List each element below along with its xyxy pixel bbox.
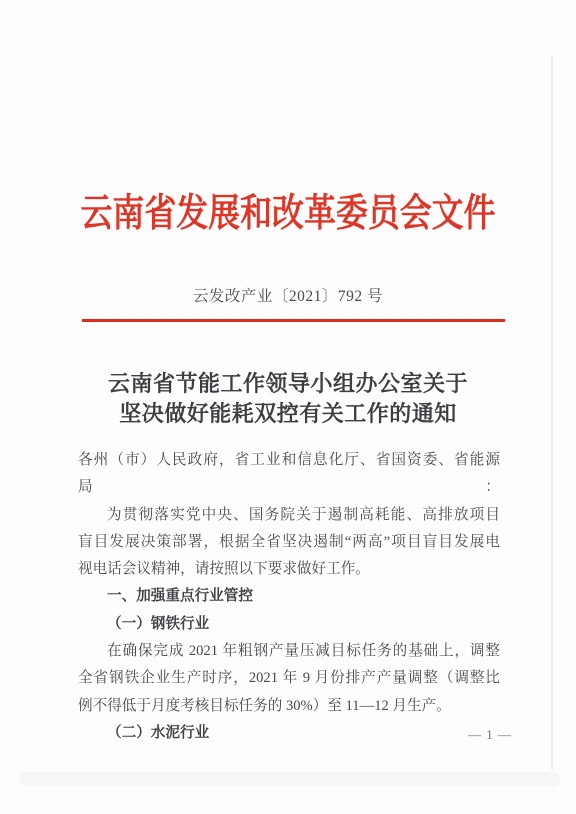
subsection-heading-cement: （二）水泥行业	[78, 720, 500, 747]
body-line: 在确保完成 2021 年粗钢产量压减目标任务的基础上，调整	[78, 638, 500, 665]
scanned-document-page: 云南省发展和改革委员会文件 云发改产业〔2021〕792 号 云南省节能工作领导…	[0, 0, 576, 814]
body-line: 例不得低于月度考核目标任务的 30%）至 11—12 月生产。	[78, 693, 500, 720]
document-title-line-2: 坚决做好能耗双控有关工作的通知	[77, 399, 499, 429]
document-title: 云南省节能工作领导小组办公室关于 坚决做好能耗双控有关工作的通知	[77, 369, 499, 429]
section-heading-1: 一、加强重点行业管控	[78, 583, 500, 610]
page-edge-bottom	[20, 772, 560, 786]
body-line: 视电话会议精神，请按照以下要求做好工作。	[78, 556, 500, 583]
document-body: 各州（市）人民政府，省工业和信息化厅、省国资委、省能源局： 为贯彻落实党中央、国…	[78, 447, 500, 747]
salutation-line: 各州（市）人民政府，省工业和信息化厅、省国资委、省能源局：	[78, 447, 500, 502]
body-line: 全省钢铁企业生产时序，2021 年 9 月份排产产量调整（调整比	[78, 665, 500, 692]
body-line: 盲目发展决策部署，根据全省坚决遏制“两高”项目盲目发展电	[78, 529, 500, 556]
page-number: — 1 —	[460, 727, 520, 743]
body-line: 为贯彻落实党中央、国务院关于遏制高耗能、高排放项目	[78, 502, 500, 529]
red-separator-rule	[82, 319, 505, 322]
document-title-line-1: 云南省节能工作领导小组办公室关于	[77, 369, 499, 399]
page-edge-right	[551, 55, 553, 770]
document-number: 云发改产业〔2021〕792 号	[0, 284, 576, 306]
subsection-heading-steel: （一）钢铁行业	[78, 611, 500, 638]
agency-header-title: 云南省发展和改革委员会文件	[46, 187, 530, 240]
